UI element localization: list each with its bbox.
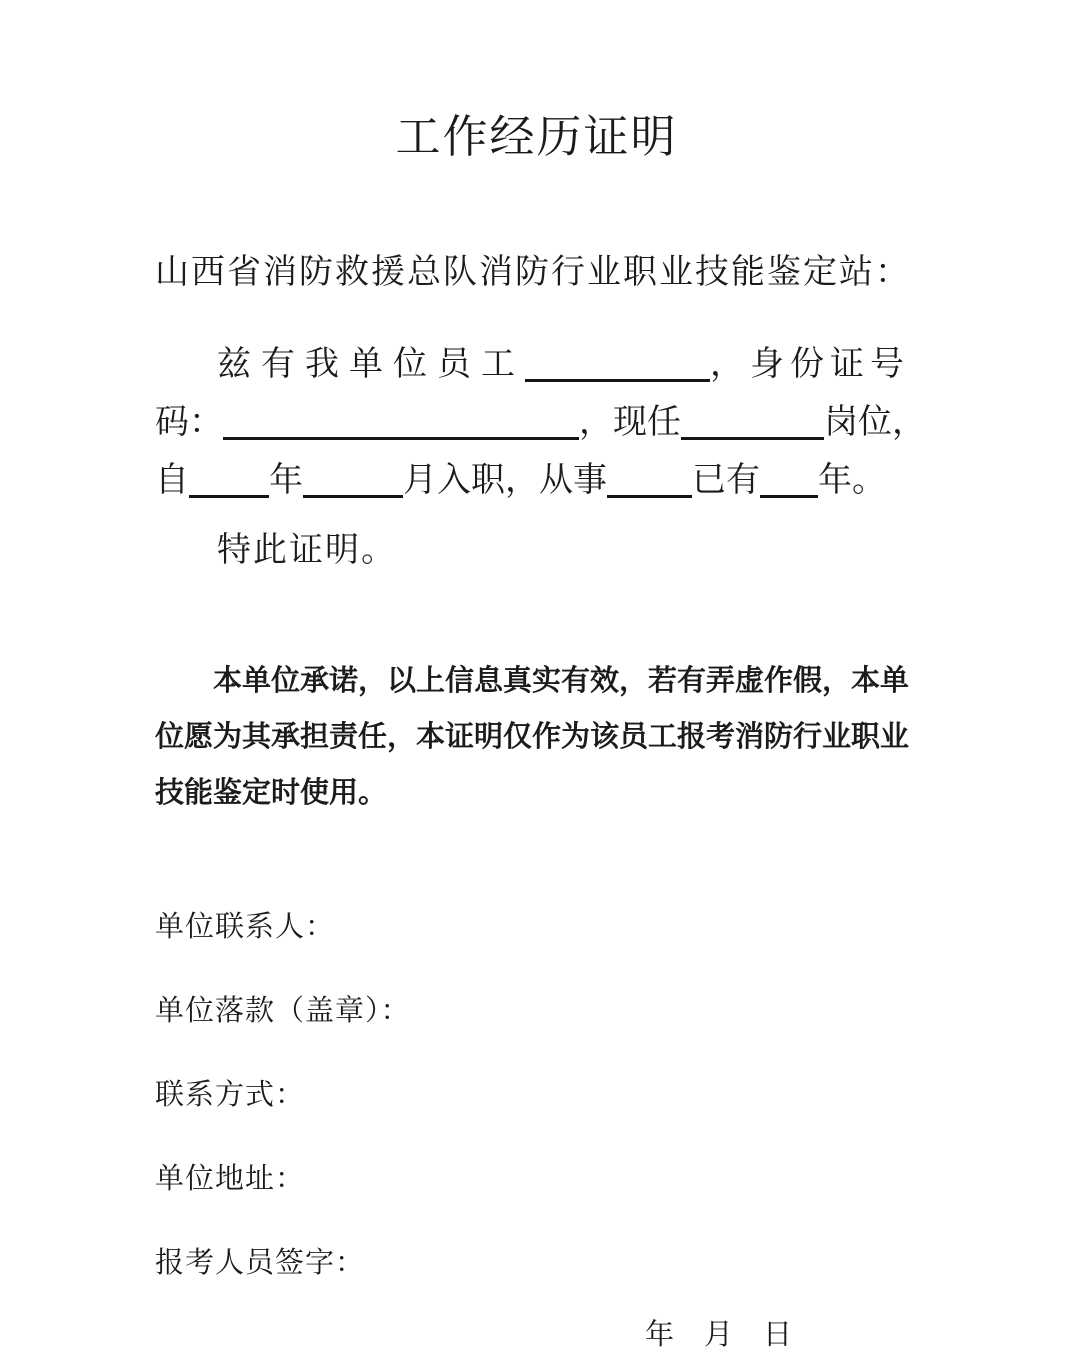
addressee-line: 山西省消防救援总队消防行业职业技能鉴定站：: [155, 244, 911, 293]
body-line-2-mid: ，现任: [579, 404, 681, 441]
body-line-3: 自年月入职，从事已有年。: [155, 452, 886, 501]
blank-employee-name: [525, 377, 710, 382]
body-line-3-seg5: 年。: [818, 462, 886, 499]
day-label: 日: [763, 1319, 792, 1351]
label-company-seal: 单位落款（盖章）：: [155, 988, 411, 1029]
year-label: 年: [645, 1319, 674, 1351]
label-company-address: 单位地址：: [155, 1156, 305, 1197]
promise-paragraph-line-2: 位愿为其承担责任，本证明仅作为该员工报考消防行业职业: [155, 714, 909, 755]
body-line-1-post: ，身份证号: [710, 346, 910, 383]
body-line-1-pre: 兹有我单位员工: [217, 346, 525, 383]
promise-paragraph-line-1: 本单位承诺，以上信息真实有效，若有弄虚作假，本单: [155, 658, 909, 699]
blank-years-of-experience: [760, 493, 818, 498]
blank-occupation: [607, 493, 692, 498]
body-line-2-post: 岗位，: [824, 404, 926, 441]
body-line-2-pre: 码：: [155, 404, 223, 441]
blank-join-year: [189, 493, 269, 498]
body-line-3-seg4: 已有: [692, 462, 760, 499]
blank-position: [681, 435, 824, 440]
month-label: 月: [704, 1319, 733, 1351]
body-line-3-seg3: 月入职，从事: [403, 462, 607, 499]
blank-id-number: [223, 435, 579, 440]
blank-join-month: [303, 493, 403, 498]
body-line-1: 兹有我单位员工，身份证号: [217, 336, 910, 385]
body-line-3-seg1: 自: [155, 462, 189, 499]
page-title: 工作经历证明: [0, 100, 1073, 165]
date-line: 年月日: [645, 1312, 792, 1353]
body-line-2: 码：，现任岗位，: [155, 394, 926, 443]
label-contact-method: 联系方式：: [155, 1072, 305, 1113]
document-page: 工作经历证明 山西省消防救援总队消防行业职业技能鉴定站： 兹有我单位员工，身份证…: [0, 0, 1073, 1358]
label-contact-person: 单位联系人：: [155, 904, 335, 945]
promise-paragraph-line-3: 技能鉴定时使用。: [155, 770, 387, 811]
label-applicant-signature: 报考人员签字：: [155, 1240, 365, 1281]
attest-line: 特此证明。: [217, 522, 397, 571]
body-line-3-seg2: 年: [269, 462, 303, 499]
